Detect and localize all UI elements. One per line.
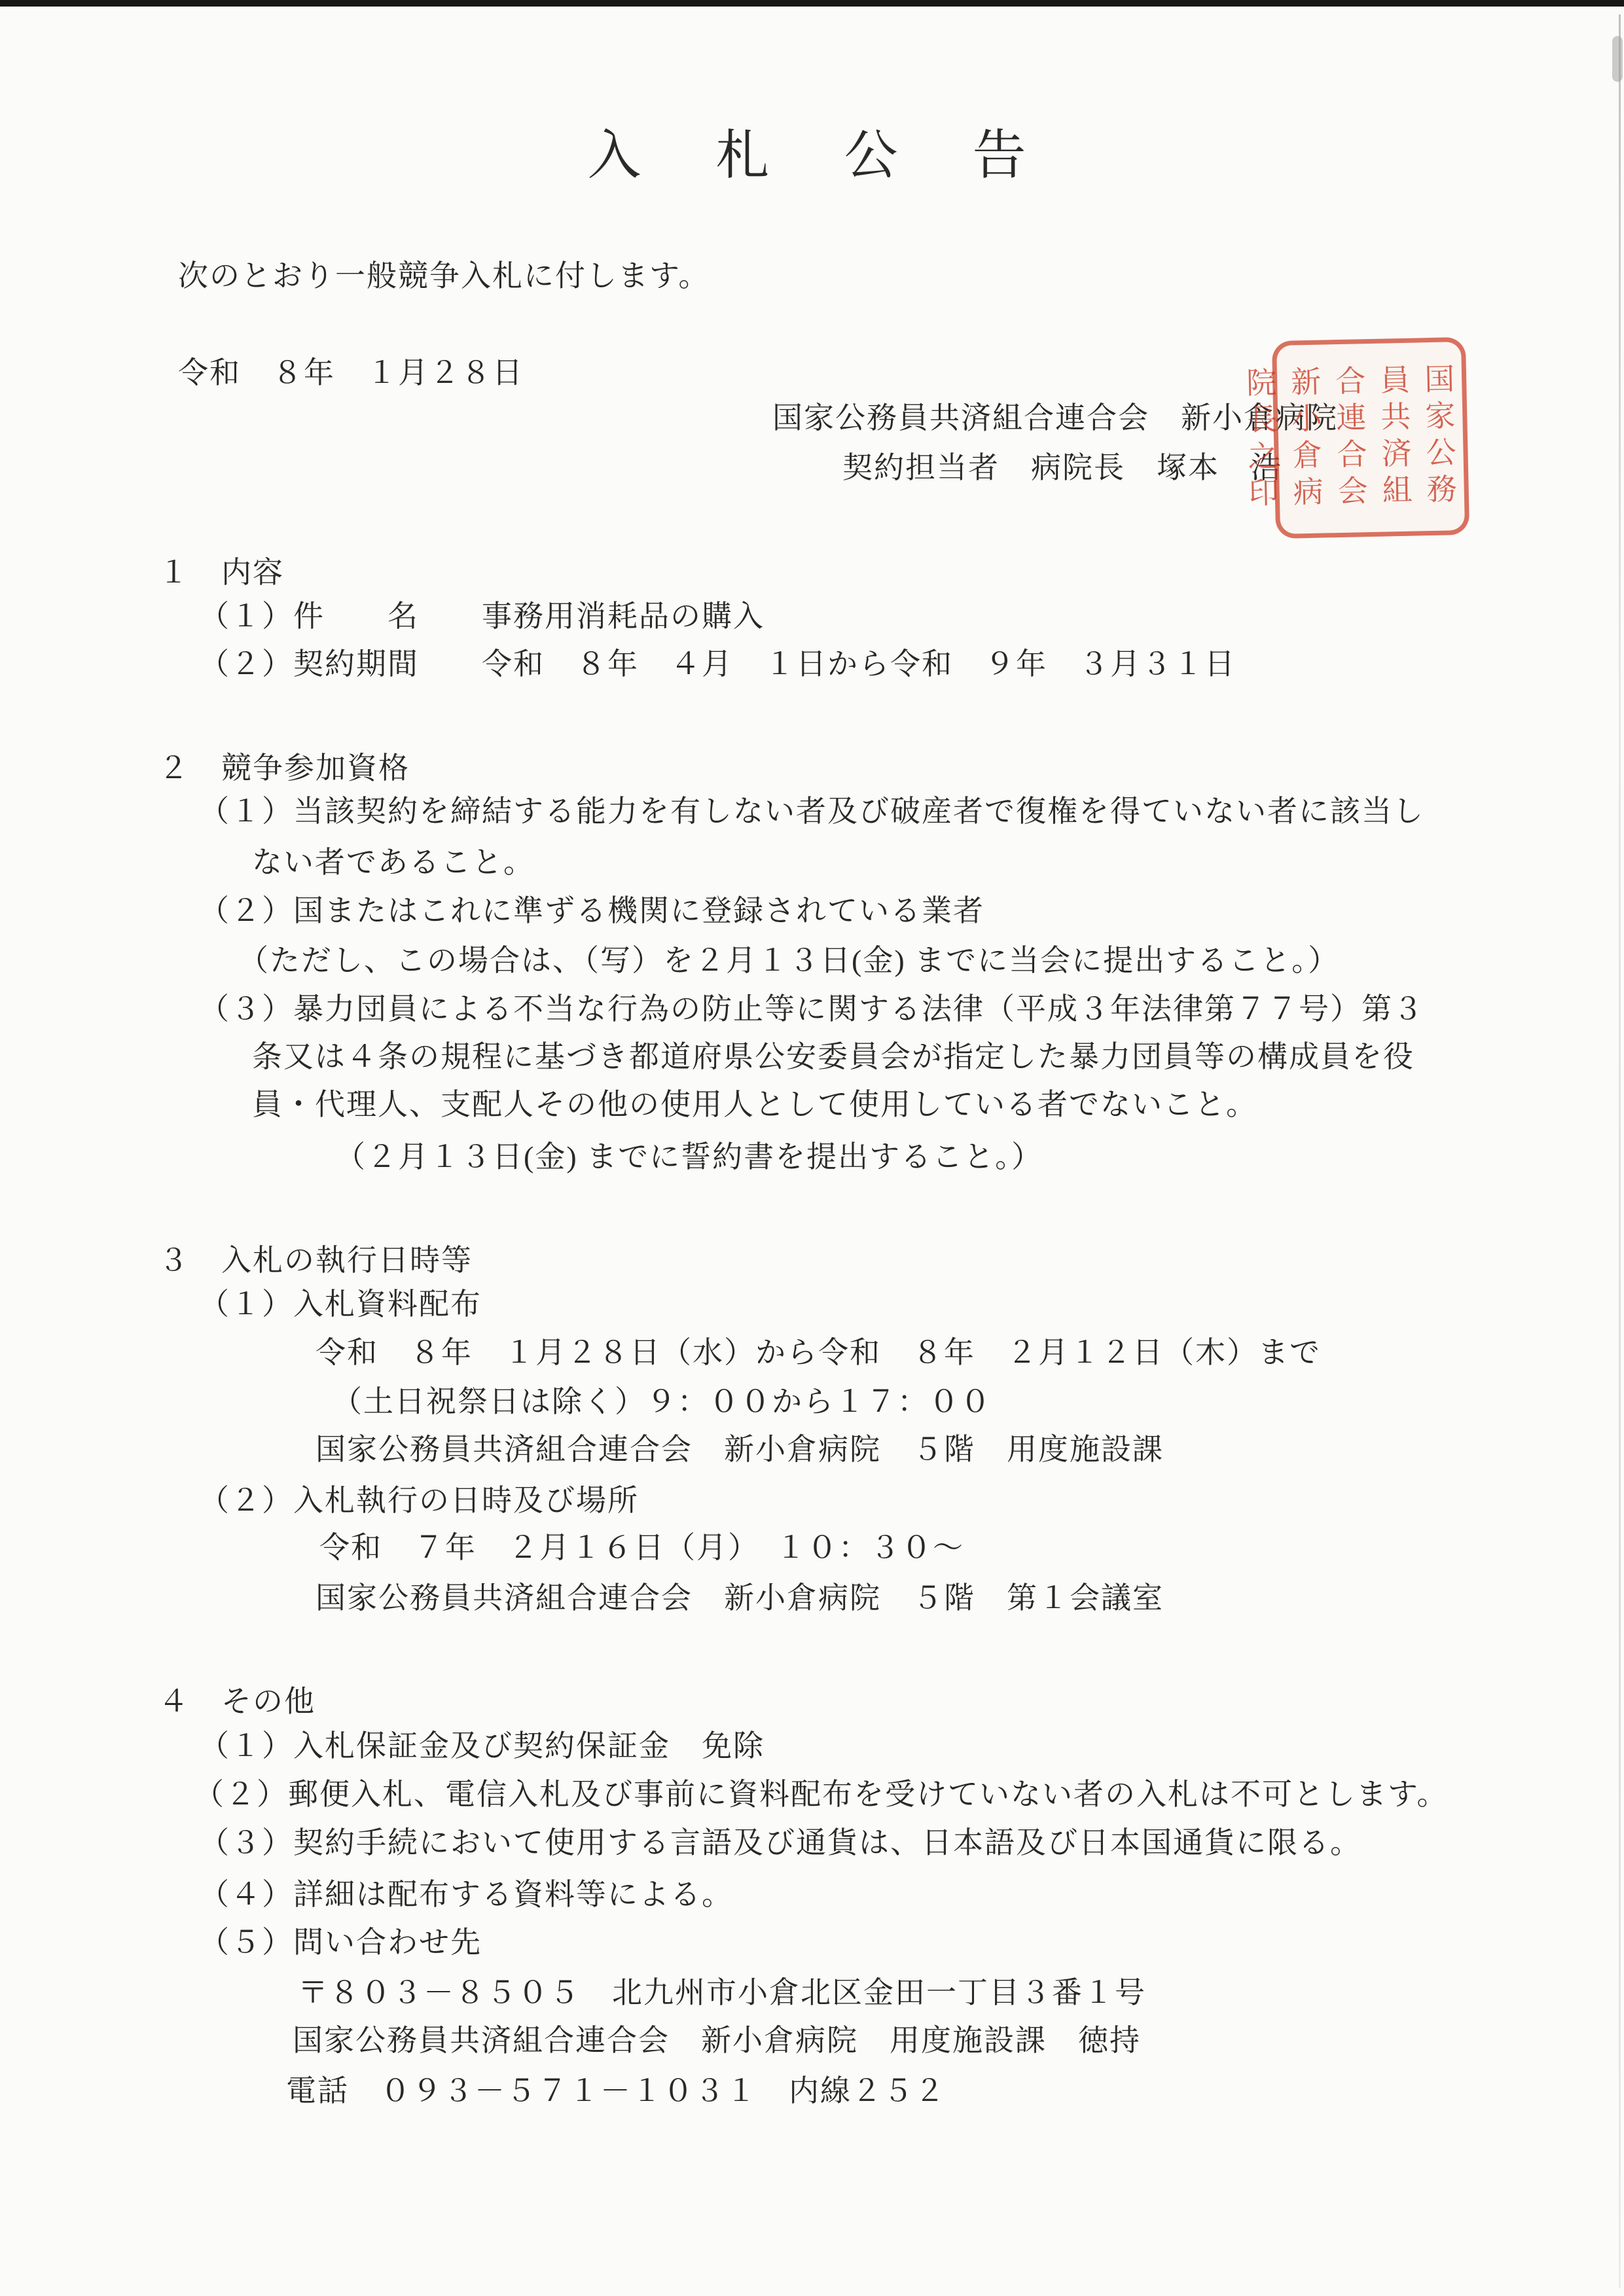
section3-heading: ３ 入札の執行日時等	[158, 1243, 473, 1278]
section4-heading: ４ その他	[158, 1684, 316, 1719]
section3-item1-line3: 国家公務員共済組合連合会 新小倉病院 ５階 用度施設課	[316, 1432, 1164, 1467]
section2-item2-note: （ただし、この場合は、（写）を２月１３日(金) までに当会に提出すること。）	[238, 943, 1339, 978]
issuer-contact-person: 契約担当者 病院長 塚本 浩	[842, 450, 1282, 486]
section4-item3: （３）契約手続において使用する言語及び通貨は、日本語及び日本国通貨に限る。	[199, 1825, 1362, 1861]
scan-artifact-top-bar	[0, 0, 1624, 7]
section1-heading: １ 内容	[158, 555, 284, 590]
official-seal-text: 国家公務員共済組合連合会新小倉病院長之印	[1276, 342, 1465, 534]
section4-item5-line2: 国家公務員共済組合連合会 新小倉病院 用度施設課 徳持	[293, 2023, 1141, 2058]
section2-item3-cont1: 条又は４条の規程に基づき都道府県公安委員会が指定した暴力団員等の構成員を役	[252, 1039, 1415, 1075]
intro-line: 次のとおり一般競争入札に付します。	[178, 259, 710, 294]
official-seal: 国家公務員共済組合連合会新小倉病院長之印	[1272, 337, 1470, 539]
section1-item2: （２）契約期間 令和 ８年 ４月 １日から令和 ９年 ３月３１日	[199, 647, 1236, 682]
section3-item1: （１）入札資料配布	[199, 1287, 482, 1322]
section3-item2: （２）入札執行の日時及び場所	[199, 1483, 639, 1518]
section2-item3-cont2: 員・代理人、支配人その他の使用人として使用している者でないこと。	[252, 1087, 1257, 1122]
section3-item2-line1: 令和 ７年 ２月１６日（月） １０：３０～	[319, 1530, 964, 1566]
section4-item2: （２）郵便入札、電信入札及び事前に資料配布を受けていない者の入札は不可とします。	[194, 1777, 1448, 1812]
section4-item5-line1: 〒８０３－８５０５ 北九州市小倉北区金田一丁目３番１号	[298, 1975, 1146, 2011]
section2-item1-cont: ない者であること。	[252, 845, 535, 880]
section2-item1: （１）当該契約を締結する能力を有しない者及び破産者で復権を得ていない者に該当し	[199, 794, 1424, 829]
scan-artifact-right-smudge	[1612, 36, 1623, 82]
scan-artifact-right-line	[1619, 14, 1621, 2288]
section3-item1-line2: （土日祝祭日は除く）９：００から１７：００	[332, 1384, 992, 1420]
page-title: 入 札 公 告	[0, 113, 1624, 189]
document-page: 入 札 公 告 次のとおり一般競争入札に付します。 令和 ８年 １月２８日 国家…	[0, 0, 1624, 2296]
section2-item2: （２）国またはこれに準ずる機関に登録されている業者	[199, 893, 984, 929]
section4-item5: （５）問い合わせ先	[199, 1925, 482, 1960]
announcement-date: 令和 ８年 １月２８日	[178, 355, 524, 391]
section4-item4: （４）詳細は配布する資料等による。	[199, 1877, 733, 1912]
section3-item1-line1: 令和 ８年 １月２８日（水）から令和 ８年 ２月１２日（木）まで	[316, 1335, 1321, 1371]
section4-item1: （１）入札保証金及び契約保証金 免除	[199, 1729, 765, 1764]
section1-item1: （１）件 名 事務用消耗品の購入	[199, 599, 765, 634]
section2-heading: ２ 競争参加資格	[158, 751, 410, 786]
section2-item3-note: （２月１３日(金) までに誓約書を提出すること。）	[335, 1139, 1043, 1175]
section4-item5-line3: 電話 ０９３－５７１－１０３１ 内線２５２	[286, 2073, 946, 2109]
section2-item3: （３）暴力団員による不当な行為の防止等に関する法律（平成３年法律第７７号）第３	[199, 992, 1424, 1027]
section3-item2-line2: 国家公務員共済組合連合会 新小倉病院 ５階 第１会議室	[316, 1581, 1164, 1616]
